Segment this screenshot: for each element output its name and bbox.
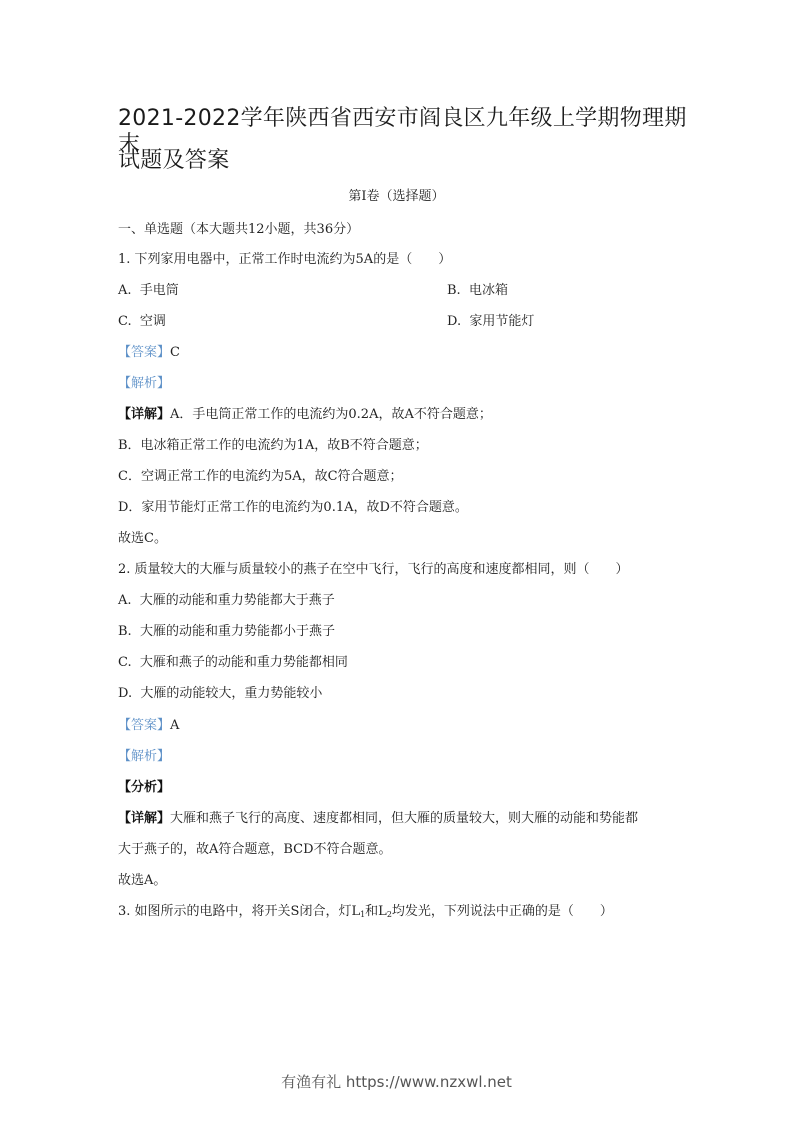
answer-label: 【答案】 bbox=[118, 345, 170, 360]
question-1-stem: 1. 下列家用电器中，正常工作时电流约为5A的是（ ） bbox=[118, 252, 451, 268]
question-2-option-b: B. 大雁的动能和重力势能都小于燕子 bbox=[118, 624, 335, 640]
question-2-conclusion: 故选A。 bbox=[118, 873, 166, 889]
option-text: 手电筒 bbox=[140, 283, 179, 298]
option-text: 空调 bbox=[140, 314, 166, 329]
document-title-line2: 试题及答案 bbox=[118, 148, 688, 174]
question-1-detail-line-4: D．家用节能灯正常工作的电流约为0.1A，故D不符合题意。 bbox=[118, 500, 468, 516]
section-heading: 一、单选题（本大题共12小题，共36分） bbox=[118, 222, 359, 238]
question-2-answer: 【答案】A bbox=[118, 718, 179, 734]
question-1-analysis-label: 【解析】 bbox=[118, 376, 170, 392]
option-letter: C. bbox=[118, 655, 132, 670]
question-2-option-a: A. 大雁的动能和重力势能都大于燕子 bbox=[118, 593, 335, 609]
stem-text: 均发光，下列说法中正确的是（ ） bbox=[392, 904, 613, 919]
question-1-detail-line-3: C．空调正常工作的电流约为5A，故C符合题意； bbox=[118, 469, 403, 485]
detail-label: 【详解】 bbox=[118, 811, 170, 826]
question-1-option-a: A. 手电筒 bbox=[118, 283, 179, 299]
volume-title: 第Ⅰ卷（选择题） bbox=[0, 189, 793, 205]
detail-label: 【详解】 bbox=[118, 407, 170, 422]
detail-text: A．手电筒正常工作的电流约为0.2A，故A不符合题意； bbox=[170, 407, 492, 422]
option-letter: B. bbox=[447, 283, 461, 298]
question-2-detail-line-2: 大于燕子的，故A符合题意，BCD不符合题意。 bbox=[118, 842, 392, 858]
question-1-answer: 【答案】C bbox=[118, 345, 180, 361]
document-page: 2021-2022学年陕西省西安市阎良区九年级上学期物理期末 试题及答案 第Ⅰ卷… bbox=[0, 0, 793, 1122]
question-3-stem: 3. 如图所示的电路中，将开关S闭合，灯L1和L2均发光，下列说法中正确的是（ … bbox=[118, 904, 613, 923]
stem-text: 和L bbox=[365, 904, 387, 919]
stem-text: 3. 如图所示的电路中，将开关S闭合，灯L bbox=[118, 904, 360, 919]
option-letter: C. bbox=[118, 314, 132, 329]
footer-watermark: 有渔有礼 https://www.nzxwl.net bbox=[0, 1071, 793, 1092]
question-1-option-b: B. 电冰箱 bbox=[447, 283, 508, 299]
answer-label: 【答案】 bbox=[118, 718, 170, 733]
question-2-option-c: C. 大雁和燕子的动能和重力势能都相同 bbox=[118, 655, 348, 671]
question-1-option-d: D. 家用节能灯 bbox=[447, 314, 534, 330]
question-2-detail-line-1: 【详解】大雁和燕子飞行的高度、速度都相同，但大雁的质量较大，则大雁的动能和势能都 bbox=[118, 811, 638, 827]
option-text: 大雁和燕子的动能和重力势能都相同 bbox=[140, 655, 348, 670]
question-2-breakdown-label: 【分析】 bbox=[118, 780, 170, 796]
option-text: 电冰箱 bbox=[469, 283, 508, 298]
question-1-conclusion: 故选C。 bbox=[118, 531, 167, 547]
option-letter: D. bbox=[447, 314, 461, 329]
option-text: 家用节能灯 bbox=[469, 314, 534, 329]
option-letter: A. bbox=[118, 593, 132, 608]
option-letter: A. bbox=[118, 283, 132, 298]
question-2-stem: 2. 质量较大的大雁与质量较小的燕子在空中飞行，飞行的高度和速度都相同，则（ ） bbox=[118, 562, 629, 578]
option-text: 大雁的动能和重力势能都大于燕子 bbox=[140, 593, 335, 608]
option-text: 大雁的动能和重力势能都小于燕子 bbox=[140, 624, 335, 639]
question-1-detail-line-1: 【详解】A．手电筒正常工作的电流约为0.2A，故A不符合题意； bbox=[118, 407, 492, 423]
question-2-option-d: D. 大雁的动能较大，重力势能较小 bbox=[118, 686, 322, 702]
question-2-analysis-label: 【解析】 bbox=[118, 749, 170, 765]
detail-text: 大雁和燕子飞行的高度、速度都相同，但大雁的质量较大，则大雁的动能和势能都 bbox=[170, 811, 638, 826]
question-1-detail-line-2: B．电冰箱正常工作的电流约为1A，故B不符合题意； bbox=[118, 438, 428, 454]
answer-value: C bbox=[170, 345, 180, 360]
option-text: 大雁的动能较大，重力势能较小 bbox=[140, 686, 322, 701]
answer-value: A bbox=[170, 718, 179, 733]
option-letter: B. bbox=[118, 624, 132, 639]
question-1-option-c: C. 空调 bbox=[118, 314, 166, 330]
option-letter: D. bbox=[118, 686, 132, 701]
